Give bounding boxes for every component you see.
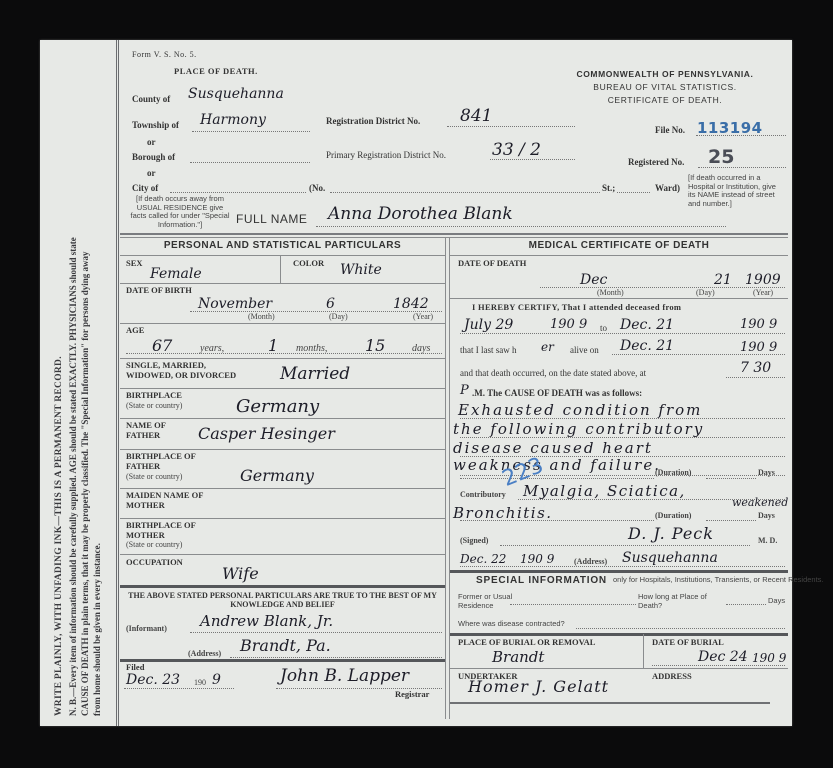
primary-registration-label: Primary Registration District No. (326, 150, 446, 160)
sex-value: Female (150, 266, 202, 282)
attended-to-year: 190 9 (740, 317, 777, 332)
signed-year: 190 9 (520, 552, 554, 566)
death-certificate: WRITE PLAINLY, WITH UNFADING INK—THIS IS… (40, 40, 792, 726)
form-number: Form V. S. No. 5. (132, 50, 197, 59)
primary-registration-value: 33 / 2 (492, 140, 541, 160)
dod-label: DATE OF DEATH (458, 259, 526, 269)
color-value: White (340, 262, 382, 278)
informant-address-value: Brandt, Pa. (240, 636, 331, 655)
mother-name-label: MAIDEN NAME OF MOTHER (126, 491, 216, 510)
age-years: 67 (152, 336, 172, 355)
cause-of-death-label: .M. The CAUSE OF DEATH was as follows: (472, 388, 642, 398)
father-name-value: Casper Hesinger (198, 424, 335, 443)
township-value: Harmony (200, 112, 266, 128)
dob-year: 1842 (393, 296, 429, 312)
state-hint: (State or country) (126, 472, 182, 481)
burial-place-label: PLACE OF BURIAL OR REMOVAL (458, 638, 595, 648)
undertaker-value: Homer J. Gelatt (468, 677, 609, 696)
birthplace-label: BIRTHPLACE (126, 391, 182, 401)
or-text: or (147, 168, 156, 178)
margin-warning: WRITE PLAINLY, WITH UNFADING INK—THIS IS… (54, 356, 64, 716)
usual-residence-note: [If death occurs away from USUAL RESIDEN… (130, 195, 230, 229)
am-pm-value: P (460, 383, 469, 398)
or-text: or (147, 137, 156, 147)
dod-year: 1909 (745, 272, 781, 288)
physician-signature: D. J. Peck (628, 524, 714, 543)
age-label: AGE (126, 326, 144, 336)
dob-label: DATE OF BIRTH (126, 286, 192, 296)
state-hint: (State or country) (126, 401, 182, 410)
file-number-value: 113194 (697, 119, 763, 137)
birthplace-value: Germany (236, 396, 319, 417)
month-hint: (Month) (248, 312, 275, 321)
registrar-signature: John B. Lapper (280, 666, 409, 686)
registration-district-label: Registration District No. (326, 116, 420, 126)
informant-value: Andrew Blank, Jr. (200, 612, 333, 630)
alive-on-year: 190 9 (740, 340, 777, 355)
age-months: 1 (268, 336, 278, 355)
former-residence-label: Former or Usual Residence (458, 593, 518, 610)
personal-section-title: PERSONAL AND STATISTICAL PARTICULARS (120, 240, 445, 251)
bureau-heading: BUREAU OF VITAL STATISTICS. (565, 82, 765, 92)
father-birthplace-label: BIRTHPLACE OF FATHER (126, 452, 206, 471)
city-label: City of (132, 183, 158, 193)
days-label: Days (758, 511, 775, 520)
burial-year: 190 9 (752, 651, 786, 665)
certificate-heading: CERTIFICATE OF DEATH. (565, 95, 765, 105)
cause-line-2: the following contributory (453, 420, 704, 438)
physician-address-value: Susquehanna (622, 550, 718, 566)
margin-note-2: CAUSE OF DEATH in plain terms, that it m… (80, 251, 90, 716)
full-name-label: FULL NAME (236, 212, 307, 226)
dob-month: November (198, 296, 272, 312)
alive-on-value: Dec. 21 (620, 338, 674, 354)
death-time-label: and that death occurred, on the date sta… (460, 368, 646, 378)
full-name-value: Anna Dorothea Blank (328, 204, 513, 224)
special-information-note: only for Hospitals, Institutions, Transi… (613, 576, 824, 585)
margin-note-3: from home should be given in every insta… (92, 543, 102, 716)
burial-date-value: Dec 24 (698, 649, 748, 665)
informant-attestation: THE ABOVE STATED PERSONAL PARTICULARS AR… (120, 591, 445, 609)
certify-statement: I HEREBY CERTIFY, That I attended deceas… (472, 302, 681, 312)
signed-label: (Signed) (460, 536, 488, 545)
cause-line-1: Exhausted condition from (458, 401, 702, 419)
months-word: months, (296, 343, 327, 354)
father-name-label: NAME OF FATHER (126, 421, 186, 440)
cause-line-4: weakness and failure. (453, 456, 661, 474)
physician-address-label: (Address) (574, 557, 607, 566)
registrar-label: Registrar (395, 690, 429, 700)
sex-label: SEX (126, 259, 143, 269)
duration-label: (Duration) (655, 511, 691, 520)
filed-year-prefix: 190 (194, 678, 206, 687)
county-value: Susquehanna (188, 86, 284, 102)
undertaker-address-label: ADDRESS (652, 672, 692, 682)
color-label: COLOR (293, 259, 324, 269)
attended-from: July 29 (464, 317, 513, 333)
duration-label: (Duration) (655, 468, 691, 477)
contributory-value: Myalgia, Sciatica, (523, 482, 686, 500)
street-number-label: (No. (309, 183, 325, 193)
last-saw-label: that I last saw h (460, 345, 517, 355)
occupation-label: OCCUPATION (126, 558, 183, 568)
dod-day: 21 (714, 272, 732, 288)
borough-label: Borough of (132, 152, 175, 162)
dob-day: 6 (326, 296, 335, 312)
father-birthplace-value: Germany (240, 466, 314, 485)
death-time-value: 7 30 (740, 360, 771, 376)
township-label: Township of (132, 120, 179, 130)
burial-place-value: Brandt (492, 648, 544, 666)
years-word: years, (200, 343, 224, 354)
margin-note-1: N. B.—Every item of information should b… (68, 237, 78, 716)
marital-label: SINGLE, MARRIED, WIDOWED, OR DIVORCED (126, 361, 246, 380)
signed-date: Dec. 22 (460, 552, 506, 566)
informant-address-label: (Address) (188, 649, 221, 658)
md-label: M. D. (758, 536, 777, 545)
how-long-label: How long at Place of Death? (638, 593, 708, 610)
state-hint: (State or country) (126, 540, 182, 549)
filed-date: Dec. 23 (126, 672, 180, 688)
filed-year: 9 (212, 672, 221, 688)
alive-on-label: alive on (570, 345, 599, 355)
days-word: days (412, 343, 430, 354)
contributory-extra: weakened (732, 496, 788, 509)
hospital-note: [If death occurred in a Hospital or Inst… (688, 174, 778, 208)
special-information-title: SPECIAL INFORMATION (476, 575, 607, 586)
month-hint: (Month) (597, 288, 624, 297)
informant-label: (Informant) (126, 624, 167, 633)
attended-from-year: 190 9 (550, 317, 587, 332)
attended-to: Dec. 21 (620, 317, 674, 333)
to-word: to (600, 323, 607, 333)
registration-district-value: 841 (460, 106, 492, 126)
contributory-line-2: Bronchitis. (453, 504, 553, 522)
ward-label: Ward) (654, 183, 681, 193)
registered-number-value: 25 (708, 146, 734, 168)
days-label: Days (758, 468, 775, 477)
mother-birthplace-label: BIRTHPLACE OF MOTHER (126, 521, 206, 540)
disease-contracted-label: Where was disease contracted? (458, 620, 565, 629)
registered-number-label: Registered No. (628, 157, 684, 167)
margin-instructions: WRITE PLAINLY, WITH UNFADING INK—THIS IS… (40, 40, 119, 726)
street-label: St.; (601, 183, 616, 193)
last-saw-pronoun: er (541, 340, 554, 354)
burial-date-label: DATE OF BURIAL (652, 638, 724, 648)
medical-section-title: MEDICAL CERTIFICATE OF DEATH (450, 240, 788, 251)
contributory-label: Contributory (460, 490, 506, 499)
days-label: Days (768, 597, 785, 606)
commonwealth-heading: COMMONWEALTH OF PENNSYLVANIA. (565, 69, 765, 79)
county-label: County of (132, 94, 170, 104)
dod-month: Dec (580, 272, 607, 288)
year-hint: (Year) (753, 288, 773, 297)
day-hint: (Day) (696, 288, 715, 297)
place-of-death-heading: PLACE OF DEATH. (174, 66, 258, 76)
occupation-value: Wife (222, 564, 259, 583)
age-days: 15 (365, 336, 385, 355)
day-hint: (Day) (329, 312, 348, 321)
year-hint: (Year) (413, 312, 433, 321)
cause-line-3: disease caused heart (453, 439, 653, 457)
marital-value: Married (280, 364, 350, 384)
file-number-label: File No. (655, 125, 685, 135)
